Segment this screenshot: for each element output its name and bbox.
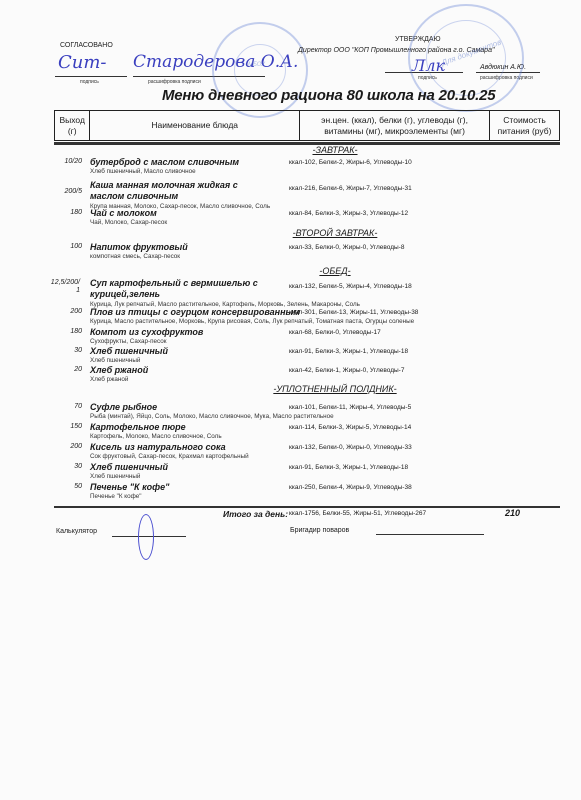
item-nutrition: ккал-301, Белки-13, Жиры-11, Углеводы-38	[289, 309, 418, 316]
section-title: -ЗАВТРАК-	[270, 145, 400, 155]
item-quantity: 150	[54, 423, 82, 431]
section-title: -ВТОРОЙ ЗАВТРАК-	[270, 228, 400, 238]
item-nutrition: ккал-68, Белки-0, Углеводы-17	[289, 329, 381, 336]
item-ingredients: компотная смесь, Сахар-песок	[90, 253, 550, 260]
item-ingredients: Картофель, Молоко, Масло сливочное, Соль	[90, 433, 550, 440]
item-quantity: 70	[54, 403, 82, 411]
item-ingredients: Печенье "К кофе"	[90, 493, 550, 500]
item-ingredients: Курица, Масло растительное, Морковь, Кру…	[90, 318, 550, 325]
chef-label: Бригадир поваров	[290, 527, 349, 534]
totals-label: Итого за день:	[223, 509, 288, 519]
totals-cost: 210	[505, 508, 520, 518]
item-nutrition: ккал-102, Белки-2, Жиры-6, Углеводы-10	[289, 159, 412, 166]
item-quantity: 10/20	[54, 158, 82, 166]
item-name: Суп картофельный с вермишелью с курицей,…	[90, 278, 270, 300]
item-nutrition: ккал-132, Белки-5, Жиры-4, Углеводы-18	[289, 283, 412, 290]
item-ingredients: Хлеб пшеничный	[90, 473, 550, 480]
item-nutrition: ккал-91, Белки-3, Жиры-1, Углеводы-18	[289, 348, 408, 355]
item-nutrition: ккал-91, Белки-3, Жиры-1, Углеводы-18	[289, 464, 408, 471]
col-output-header: Выход (г)	[55, 111, 90, 141]
item-ingredients: Хлеб пшеничный	[90, 357, 550, 364]
col-cost-header: Стоимость питания (руб)	[490, 111, 560, 141]
item-nutrition: ккал-132, Белки-0, Жиры-0, Углеводы-33	[289, 444, 412, 451]
item-ingredients: Сухофрукты, Сахар-песок	[90, 338, 550, 345]
item-ingredients: Чай, Молоко, Сахар-песок	[90, 219, 550, 226]
item-quantity: 100	[54, 243, 82, 251]
item-nutrition: ккал-216, Белки-6, Жиры-7, Углеводы-31	[289, 185, 412, 192]
item-nutrition: ккал-250, Белки-4, Жиры-9, Углеводы-38	[289, 484, 412, 491]
col-nutrition-header: эн.цен. (ккал), белки (г), углеводы (г),…	[299, 111, 489, 141]
item-quantity: 30	[54, 463, 82, 471]
signature-left: Cит-	[58, 52, 107, 73]
item-name: Каша манная молочная жидкая с маслом сли…	[90, 180, 270, 202]
calculator-signature	[138, 514, 154, 560]
item-nutrition: ккал-84, Белки-3, Жиры-3, Углеводы-12	[289, 210, 408, 217]
col-name-header: Наименование блюда	[90, 111, 300, 141]
item-quantity: 50	[54, 483, 82, 491]
item-quantity: 200	[54, 308, 82, 316]
item-ingredients: Хлеб пшеничный, Масло сливочное	[90, 168, 550, 175]
signature-caption-left: подпись	[80, 79, 99, 85]
item-nutrition: ккал-114, Белки-3, Жиры-5, Углеводы-14	[289, 424, 411, 431]
item-quantity: 30	[54, 347, 82, 355]
item-quantity: 20	[54, 366, 82, 374]
item-nutrition: ккал-101, Белки-11, Жиры-4, Углеводы-5	[289, 404, 411, 411]
item-ingredients: Рыба (минтай), Яйцо, Соль, Молоко, Масло…	[90, 413, 550, 420]
signature-line-left	[55, 76, 127, 77]
calculator-label: Калькулятор	[56, 528, 97, 535]
approval-left-label: СОГЛАСОВАНО	[60, 42, 113, 49]
item-quantity: 12,5/200/1	[48, 279, 80, 295]
item-ingredients: Сок фруктовый, Сахар-песок, Крахмал карт…	[90, 453, 550, 460]
totals-nutrition: ккал-1756, Белки-55, Жиры-51, Углеводы-2…	[289, 510, 426, 517]
section-title: -ОБЕД-	[270, 266, 400, 276]
page-title: Меню дневного рациона 80 школа на 20.10.…	[162, 87, 495, 104]
item-quantity: 200/5	[54, 188, 82, 196]
section-title: -УПЛОТНЕННЫЙ ПОЛДНИК-	[270, 384, 400, 394]
item-quantity: 180	[54, 209, 82, 217]
menu-table-header: Выход (г) Наименование блюда эн.цен. (кк…	[54, 110, 560, 141]
chef-signature-line	[376, 534, 484, 535]
item-quantity: 180	[54, 328, 82, 336]
name-caption-left: расшифровка подписи	[148, 79, 201, 85]
item-ingredients: Хлеб ржаной	[90, 376, 550, 383]
item-quantity: 200	[54, 443, 82, 451]
item-nutrition: ккал-42, Белки-1, Жиры-0, Углеводы-7	[289, 367, 404, 374]
item-nutrition: ккал-33, Белки-0, Жиры-0, Углеводы-8	[289, 244, 404, 251]
totals-divider	[54, 506, 560, 508]
